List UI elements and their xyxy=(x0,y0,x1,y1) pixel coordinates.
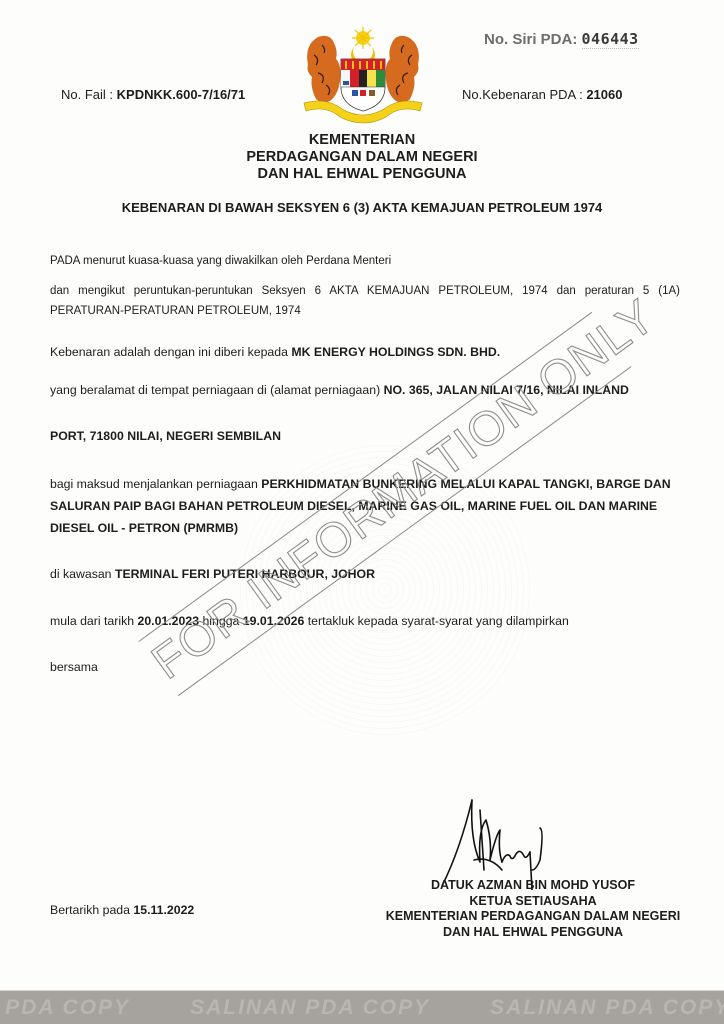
start-date: 20.01.2023 xyxy=(137,614,199,628)
ministry-line-2: PERDAGANGAN DALAM NEGERI xyxy=(0,149,724,166)
signatory-title: KETUA SETIAUSAHA xyxy=(338,894,724,910)
serial-number: No. Siri PDA: 046443 xyxy=(484,30,639,48)
business-text: bagi maksud menjalankan perniagaan xyxy=(50,477,261,491)
ministry-line-1: KEMENTERIAN xyxy=(0,132,724,149)
location-text: di kawasan xyxy=(50,567,115,581)
end-date: 19.01.2026 xyxy=(243,614,305,628)
file-label: No. Fail : xyxy=(61,87,113,102)
address-paragraph: yang beralamat di tempat perniagaan di (… xyxy=(50,380,680,400)
grantee-paragraph: Kebenaran adalah dengan ini diberi kepad… xyxy=(50,342,680,362)
location-value: TERMINAL FERI PUTERI HARBOUR, JOHOR xyxy=(115,567,375,581)
ministry-heading: KEMENTERIAN PERDAGANGAN DALAM NEGERI DAN… xyxy=(0,132,724,183)
company-name: MK ENERGY HOLDINGS SDN. BHD. xyxy=(291,345,500,359)
grantee-text: Kebenaran adalah dengan ini diberi kepad… xyxy=(50,345,291,359)
handwritten-signature-icon xyxy=(440,790,570,890)
provision-paragraph: dan mengikut peruntukan-peruntukan Seksy… xyxy=(50,281,680,321)
permit-value: 21060 xyxy=(586,87,622,102)
issue-date-value: 15.11.2022 xyxy=(133,903,194,917)
business-paragraph: bagi maksud menjalankan perniagaan PERKH… xyxy=(50,473,680,539)
file-value: KPDNKK.600-7/16/71 xyxy=(117,87,246,102)
validity-text-to: hingga xyxy=(199,614,243,628)
issue-date: Bertarikh pada 15.11.2022 xyxy=(50,903,194,917)
issue-date-label: Bertarikh pada xyxy=(50,903,133,917)
permit-label: No.Kebenaran PDA : xyxy=(462,87,583,102)
address-line-1: NO. 365, JALAN NILAI 7/16, NILAI INLAND xyxy=(384,383,629,397)
together-text: bersama xyxy=(50,657,680,677)
ministry-line-3: DAN HAL EHWAL PENGGUNA xyxy=(0,166,724,183)
signatory-block: DATUK AZMAN BIN MOHD YUSOF KETUA SETIAUS… xyxy=(338,878,724,940)
serial-label: No. Siri PDA: xyxy=(484,31,577,48)
signatory-org-line-1: KEMENTERIAN PERDAGANGAN DALAM NEGERI xyxy=(338,909,724,925)
security-band-text: SALINAN PDA COPY xyxy=(490,991,724,1024)
act-title: KEBENARAN DI BAWAH SEKSYEN 6 (3) AKTA KE… xyxy=(0,200,724,215)
validity-paragraph: mula dari tarikh 20.01.2023 hingga 19.01… xyxy=(50,611,680,631)
security-band-text: SALINAN PDA COPY xyxy=(190,991,430,1024)
serial-value: 046443 xyxy=(582,30,639,49)
signatory-name: DATUK AZMAN BIN MOHD YUSOF xyxy=(338,878,724,894)
location-paragraph: di kawasan TERMINAL FERI PUTERI HARBOUR,… xyxy=(50,564,680,584)
signatory-org-line-2: DAN HAL EHWAL PENGGUNA xyxy=(338,925,724,941)
security-band: SALINAN PDA COPYSALINAN PDA COPYSALINAN … xyxy=(0,990,724,1024)
permit-number: No.Kebenaran PDA : 21060 xyxy=(462,87,622,102)
validity-text-end: tertakluk kepada syarat-syarat yang dila… xyxy=(304,614,569,628)
validity-text-start: mula dari tarikh xyxy=(50,614,137,628)
authority-paragraph: PADA menurut kuasa-kuasa yang diwakilkan… xyxy=(50,251,680,271)
file-number: No. Fail : KPDNKK.600-7/16/71 xyxy=(61,87,245,102)
address-text: yang beralamat di tempat perniagaan di (… xyxy=(50,383,384,397)
malaysia-coat-of-arms-icon xyxy=(296,25,430,125)
address-line-2: PORT, 71800 NILAI, NEGERI SEMBILAN xyxy=(50,426,680,446)
security-band-text: SALINAN PDA COPY xyxy=(0,991,130,1024)
